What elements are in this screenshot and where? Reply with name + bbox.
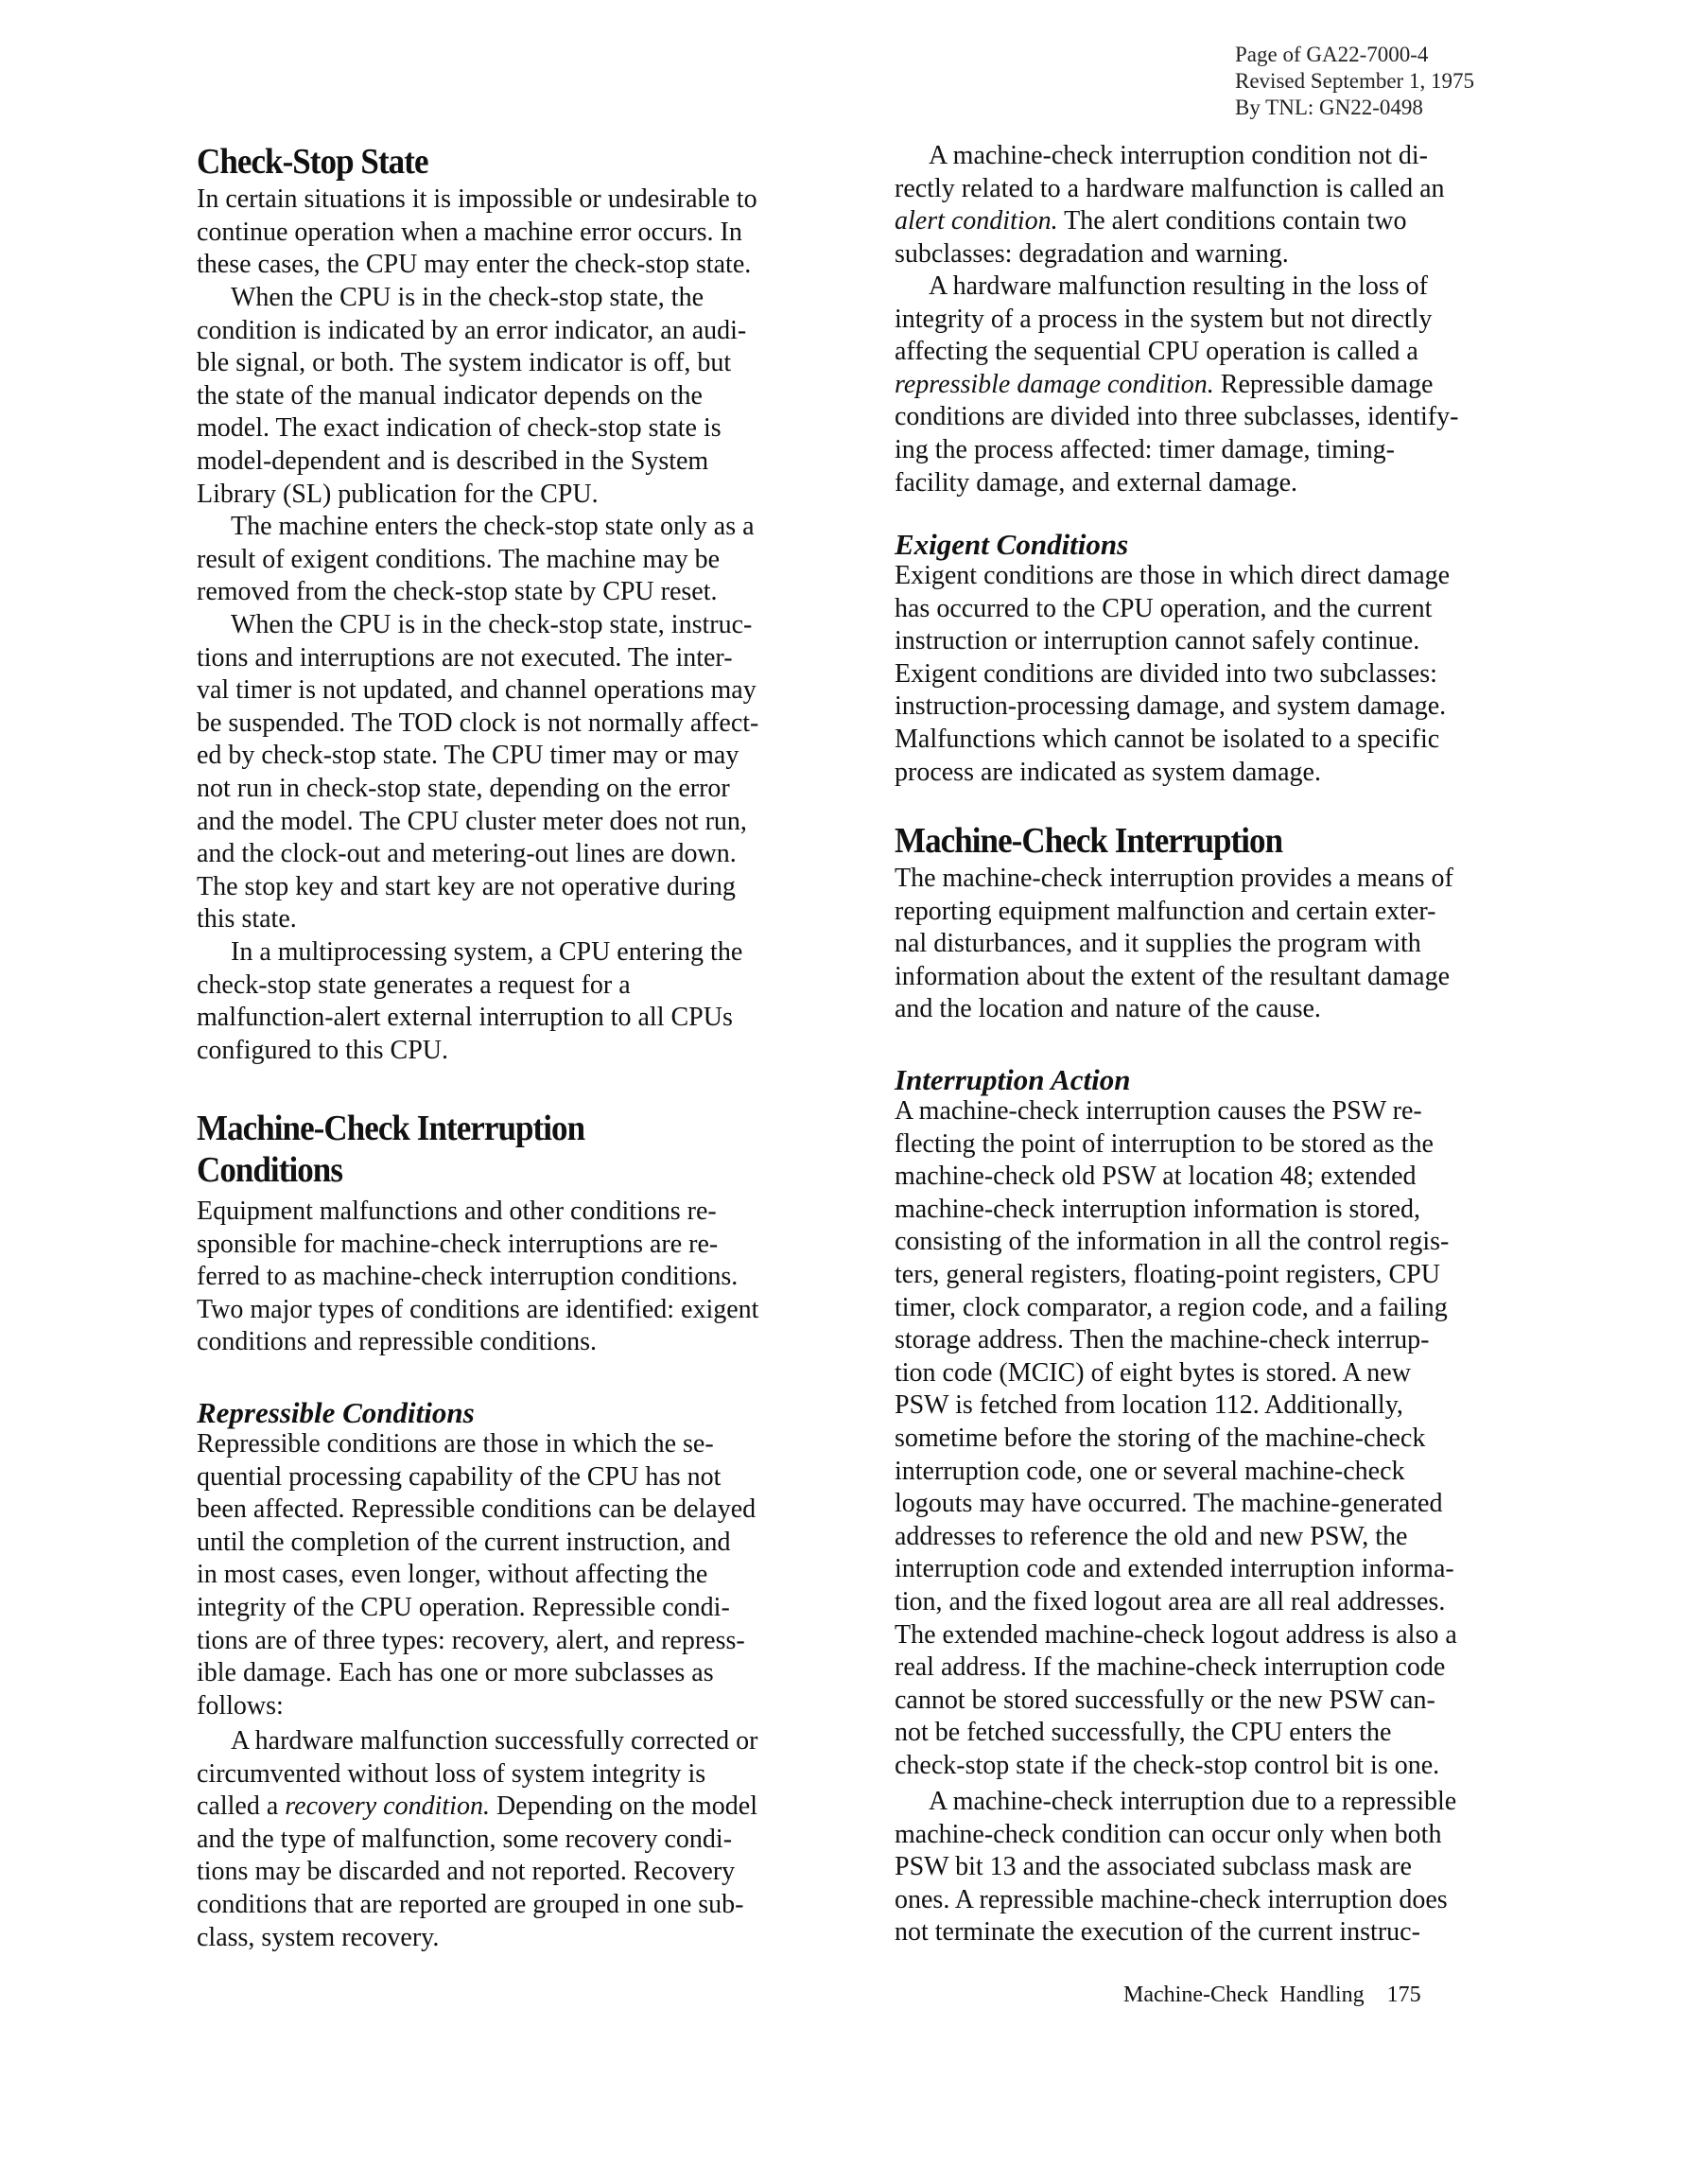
paragraph: In a multiprocessing system, a CPU enter… <box>197 936 742 1067</box>
term-recovery-condition: recovery condition. <box>285 1791 490 1821</box>
paragraph: Equipment malfunctions and other conditi… <box>197 1196 758 1359</box>
heading-mci-conditions-line1: Machine-Check Interruption <box>197 1107 584 1150</box>
page-footer: Machine-Check Handling 175 <box>1123 1983 1421 2008</box>
paragraph-recovery-condition: A hardware malfunction successfully corr… <box>197 1725 757 1954</box>
paragraph: Repressible conditions are those in whic… <box>197 1428 756 1722</box>
heading-mci-conditions-line2: Conditions <box>197 1148 342 1192</box>
heading-check-stop-state: Check-Stop State <box>197 140 428 183</box>
paragraph: In certain situations it is impossible o… <box>197 183 757 282</box>
heading-interruption-action: Interruption Action <box>895 1063 1131 1097</box>
paragraph-repressible-damage: A hardware malfunction resulting in the … <box>895 271 1458 499</box>
revision-date: Revised September 1, 1975 <box>1235 68 1474 95</box>
heading-machine-check-interruption: Machine-Check Interruption <box>895 819 1282 863</box>
heading-repressible-conditions: Repressible Conditions <box>197 1396 475 1430</box>
page-number: 175 <box>1387 1983 1421 2007</box>
term-alert-condition: alert condition. <box>895 206 1058 236</box>
paragraph: The machine-check interruption provides … <box>895 863 1453 1026</box>
heading-exigent-conditions: Exigent Conditions <box>895 528 1128 562</box>
paragraph: A machine-check interruption causes the … <box>895 1095 1457 1782</box>
document-id: Page of GA22-7000-4 <box>1235 42 1474 68</box>
term-repressible-damage-condition: repressible damage condition. <box>895 370 1214 399</box>
paragraph: When the CPU is in the check-stop state,… <box>197 609 758 936</box>
paragraph: The machine enters the check-stop state … <box>197 511 755 609</box>
tnl-number: By TNL: GN22-0498 <box>1235 95 1474 121</box>
running-header: Page of GA22-7000-4 Revised September 1,… <box>1235 42 1474 121</box>
footer-section-title: Machine-Check Handling <box>1123 1983 1365 2007</box>
paragraph: When the CPU is in the check-stop state,… <box>197 282 746 511</box>
paragraph: A machine-check interruption due to a re… <box>895 1786 1456 1949</box>
paragraph: Exigent conditions are those in which di… <box>895 560 1450 789</box>
paragraph-alert-condition: A machine-check interruption condition n… <box>895 140 1445 271</box>
